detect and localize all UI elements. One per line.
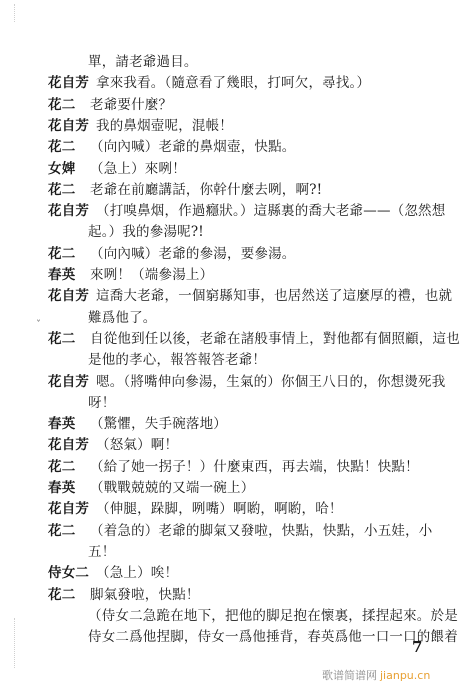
dialogue-line: 花自芳嗯。（將嘴伸向參湯，生氣的）你個王八日的，你想燙死我 (48, 372, 445, 392)
speech-text: （怒氣）啊！ (96, 437, 178, 453)
speech-text: （伸腿，跺脚，咧嘴）啊喲，啊喲，哈！ (96, 501, 343, 517)
speech-text: 老爺在前廳講話，你幹什麼去咧，啊?! (90, 182, 322, 198)
continuation-line: （侍女二急跪在地下，把他的脚足抱在懷裏，揉捏起來。於是 (88, 606, 458, 626)
continuation-line: 是他的孝心，報答報答老爺！ (88, 350, 266, 370)
speech-text: 是他的孝心，報答報答老爺！ (88, 352, 266, 368)
dialogue-line: 花自芳這喬大老爺，一個窮縣知事，也居然送了這麼厚的禮，也就 (48, 286, 452, 306)
dialogue-line: 春英來咧！（端參湯上） (48, 265, 213, 285)
continuation-line: 侍女二爲他捏脚，侍女一爲他捶背，春英爲他一口一口的餵着 (88, 627, 458, 647)
margin-mark-bottom (14, 618, 18, 668)
speaker-name: 花二 (48, 137, 90, 157)
continuation-line: 五！ (88, 542, 115, 562)
dialogue-line: 花自芳（伸腿，跺脚，咧嘴）啊喲，啊喲，哈！ (48, 499, 343, 519)
margin-tick: ˇ (36, 320, 41, 331)
dialogue-line: 花二脚氣發啦，快點！ (48, 585, 200, 605)
watermark-url: jianpu.cn (380, 669, 430, 682)
speaker-name: 女婢 (48, 159, 90, 179)
speech-text: （向內喊）老爺的鼻烟壺，快點。 (90, 139, 296, 155)
document-page: ˇ 單，請老爺過目。花自芳拿來我看。（隨意看了幾眼，打呵欠，尋找。）花二老爺要什… (0, 0, 475, 690)
continuation-line: 呀！ (88, 393, 115, 413)
speech-text: 這喬大老爺，一個窮縣知事，也居然送了這麼厚的禮，也就 (96, 288, 452, 304)
dialogue-line: 花自芳我的鼻烟壺呢，混帳！ (48, 116, 233, 136)
dialogue-line: 花自芳（怒氣）啊！ (48, 435, 178, 455)
dialogue-line: 花二老爺在前廳講話，你幹什麼去咧，啊?! (48, 180, 322, 200)
speaker-name: 花自芳 (48, 73, 96, 93)
dialogue-line: 花二（給了她一拐子！）什麼東西，再去端，快點！快點！ (48, 457, 419, 477)
dialogue-line: 花二（着急的）老爺的脚氣又發啦，快點，快點，小五娃，小 (48, 521, 433, 541)
speech-text: （侍女二急跪在地下，把他的脚足抱在懷裏，揉捏起來。於是 (88, 608, 458, 624)
speech-text: 來咧！（端參湯上） (90, 267, 213, 283)
margin-mark-top (14, 4, 18, 22)
speech-text: 我的鼻烟壺呢，混帳！ (96, 118, 233, 134)
speaker-name: 春英 (48, 414, 90, 434)
speaker-name: 春英 (48, 478, 90, 498)
dialogue-line: 花二老爺要什麼？ (48, 95, 172, 115)
speech-text: 單，請老爺過目。 (88, 54, 198, 70)
speech-text: 老爺要什麼？ (90, 97, 172, 113)
speaker-name: 花二 (48, 95, 90, 115)
speaker-name: 春英 (48, 265, 90, 285)
speaker-name: 侍女二 (48, 563, 96, 583)
speech-text: 自從他到任以後，老爺在諸般事情上，對他都有個照顧，這也 (90, 331, 460, 347)
continuation-line: 難爲他了。 (88, 308, 157, 328)
speech-text: （着急的）老爺的脚氣又發啦，快點，快點，小五娃，小 (90, 523, 433, 539)
speech-text: 侍女二爲他捏脚，侍女一爲他捶背，春英爲他一口一口的餵着 (88, 629, 458, 645)
speaker-name: 花二 (48, 457, 90, 477)
dialogue-line: 春英（戰戰兢兢的又端一碗上） (48, 478, 254, 498)
speech-text: 嗯。（將嘴伸向參湯，生氣的）你個王八日的，你想燙死我 (96, 374, 445, 390)
speech-text: （打嗅鼻烟，作過癮狀。）這縣裏的喬大老爺——（忽然想 (96, 203, 445, 219)
dialogue-line: 花二（向內喊）老爺的參湯，要參湯。 (48, 244, 296, 264)
speech-text: 脚氣發啦，快點！ (90, 587, 200, 603)
speech-text: （戰戰兢兢的又端一碗上） (90, 480, 254, 496)
watermark: 歌谱简谱网jianpu.cn (322, 667, 430, 683)
speaker-name: 花二 (48, 180, 90, 200)
speaker-name: 花二 (48, 329, 90, 349)
page-number: 7 (412, 638, 422, 656)
speaker-name: 花二 (48, 585, 90, 605)
speaker-name: 花二 (48, 521, 90, 541)
speaker-name: 花自芳 (48, 499, 96, 519)
speaker-name: 花自芳 (48, 116, 96, 136)
speaker-name: 花二 (48, 244, 90, 264)
dialogue-line: 侍女二（急上）唉！ (48, 563, 178, 583)
dialogue-line: 花自芳（打嗅鼻烟，作過癮狀。）這縣裏的喬大老爺——（忽然想 (48, 201, 445, 221)
speech-text: （向內喊）老爺的參湯，要參湯。 (90, 246, 296, 262)
speech-text: 起。）我的參湯呢?! (88, 224, 204, 240)
speech-text: 呀！ (88, 395, 115, 411)
dialogue-line: 花二（向內喊）老爺的鼻烟壺，快點。 (48, 137, 296, 157)
speech-text: 難爲他了。 (88, 310, 157, 326)
dialogue-line: 花自芳拿來我看。（隨意看了幾眼，打呵欠，尋找。） (48, 73, 370, 93)
speech-text: （給了她一拐子！）什麼東西，再去端，快點！快點！ (90, 459, 419, 475)
speech-text: 五！ (88, 544, 115, 560)
continuation-line: 單，請老爺過目。 (88, 52, 198, 72)
speech-text: （急上）唉！ (96, 565, 178, 581)
speaker-name: 花自芳 (48, 286, 96, 306)
dialogue-line: 女婢（急上）來咧！ (48, 159, 186, 179)
speech-text: 拿來我看。（隨意看了幾眼，打呵欠，尋找。） (96, 75, 370, 91)
continuation-line: 起。）我的參湯呢?! (88, 222, 204, 242)
speaker-name: 花自芳 (48, 201, 96, 221)
dialogue-line: 春英（驚懼，失手碗落地） (48, 414, 227, 434)
speaker-name: 花自芳 (48, 372, 96, 392)
watermark-cn: 歌谱简谱网 (322, 669, 377, 682)
speech-text: （驚懼，失手碗落地） (90, 416, 227, 432)
dialogue-line: 花二自從他到任以後，老爺在諸般事情上，對他都有個照顧，這也 (48, 329, 460, 349)
speech-text: （急上）來咧！ (90, 161, 186, 177)
speaker-name: 花自芳 (48, 435, 96, 455)
